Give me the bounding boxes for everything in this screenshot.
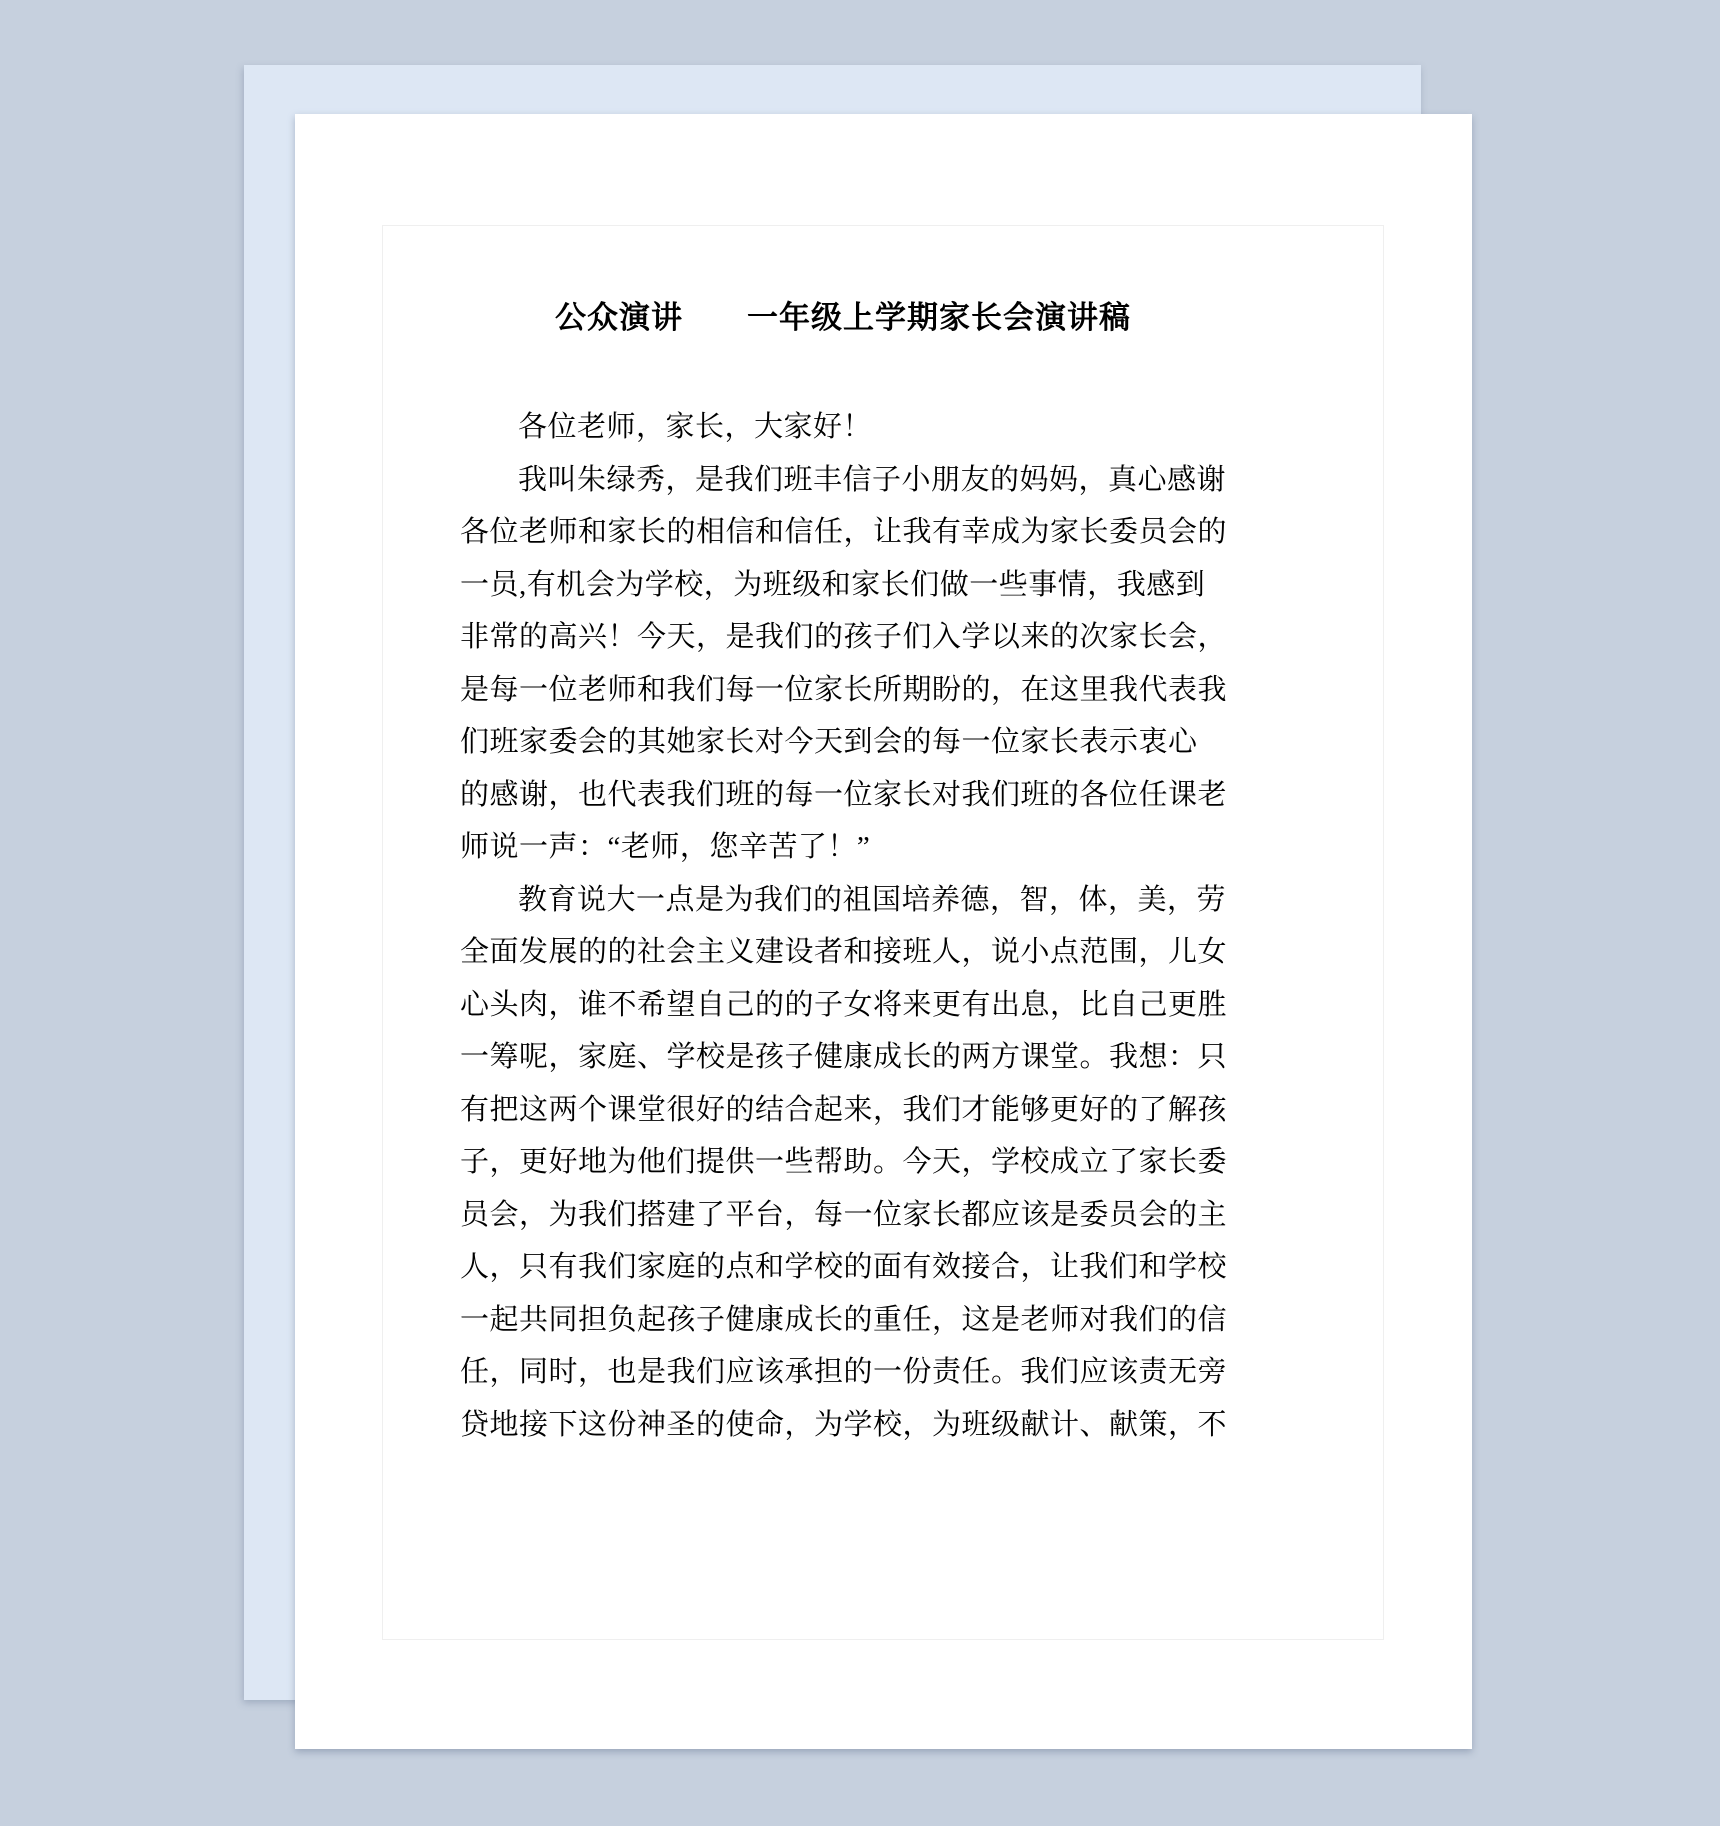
text-line: 们班家委会的其她家长对今天到会的每一位家长表示衷心 — [460, 716, 1226, 769]
desktop-background: 公众演讲 一年级上学期家长会演讲稿 各位老师，家长，大家好！我叫朱绿秀，是我们班… — [0, 0, 1720, 1826]
text-line: 全面发展的的社会主义建设者和接班人，说小点范围，儿女 — [460, 926, 1226, 979]
text-line: 一起共同担负起孩子健康成长的重任，这是老师对我们的信 — [460, 1294, 1226, 1347]
text-line: 人，只有我们家庭的点和学校的面有效接合，让我们和学校 — [460, 1241, 1226, 1294]
text-line: 我叫朱绿秀，是我们班丰信子小朋友的妈妈，真心感谢 — [460, 454, 1226, 507]
text-line: 一员,有机会为学校，为班级和家长们做一些事情，我感到 — [460, 559, 1226, 612]
paragraph: 教育说大一点是为我们的祖国培养德，智，体，美，劳全面发展的的社会主义建设者和接班… — [460, 874, 1226, 1452]
page-content: 公众演讲 一年级上学期家长会演讲稿 各位老师，家长，大家好！我叫朱绿秀，是我们班… — [460, 296, 1226, 1451]
text-line: 各位老师和家长的相信和信任，让我有幸成为家长委员会的 — [460, 506, 1226, 559]
document-page: 公众演讲 一年级上学期家长会演讲稿 各位老师，家长，大家好！我叫朱绿秀，是我们班… — [295, 114, 1472, 1749]
document-body: 各位老师，家长，大家好！我叫朱绿秀，是我们班丰信子小朋友的妈妈，真心感谢各位老师… — [460, 401, 1226, 1451]
text-line: 一筹呢，家庭、学校是孩子健康成长的两方课堂。我想：只 — [460, 1031, 1226, 1084]
text-line: 是每一位老师和我们每一位家长所期盼的，在这里我代表我 — [460, 664, 1226, 717]
text-line: 心头肉，谁不希望自己的的子女将来更有出息，比自己更胜 — [460, 979, 1226, 1032]
text-line: 员会，为我们搭建了平台，每一位家长都应该是委员会的主 — [460, 1189, 1226, 1242]
document-title: 公众演讲 一年级上学期家长会演讲稿 — [460, 296, 1226, 340]
text-line: 师说一声：“老师，您辛苦了！” — [460, 821, 1226, 874]
paragraph: 各位老师，家长，大家好！ — [460, 401, 1226, 454]
text-line: 非常的高兴！今天，是我们的孩子们入学以来的次家长会， — [460, 611, 1226, 664]
text-line: 子，更好地为他们提供一些帮助。今天，学校成立了家长委 — [460, 1136, 1226, 1189]
text-line: 教育说大一点是为我们的祖国培养德，智，体，美，劳 — [460, 874, 1226, 927]
paragraph: 我叫朱绿秀，是我们班丰信子小朋友的妈妈，真心感谢各位老师和家长的相信和信任，让我… — [460, 454, 1226, 874]
text-line: 各位老师，家长，大家好！ — [460, 401, 1226, 454]
text-line: 的感谢，也代表我们班的每一位家长对我们班的各位任课老 — [460, 769, 1226, 822]
text-line: 贷地接下这份神圣的使命，为学校，为班级献计、献策，不 — [460, 1399, 1226, 1452]
text-line: 有把这两个课堂很好的结合起来，我们才能够更好的了解孩 — [460, 1084, 1226, 1137]
text-line: 任，同时，也是我们应该承担的一份责任。我们应该责无旁 — [460, 1346, 1226, 1399]
